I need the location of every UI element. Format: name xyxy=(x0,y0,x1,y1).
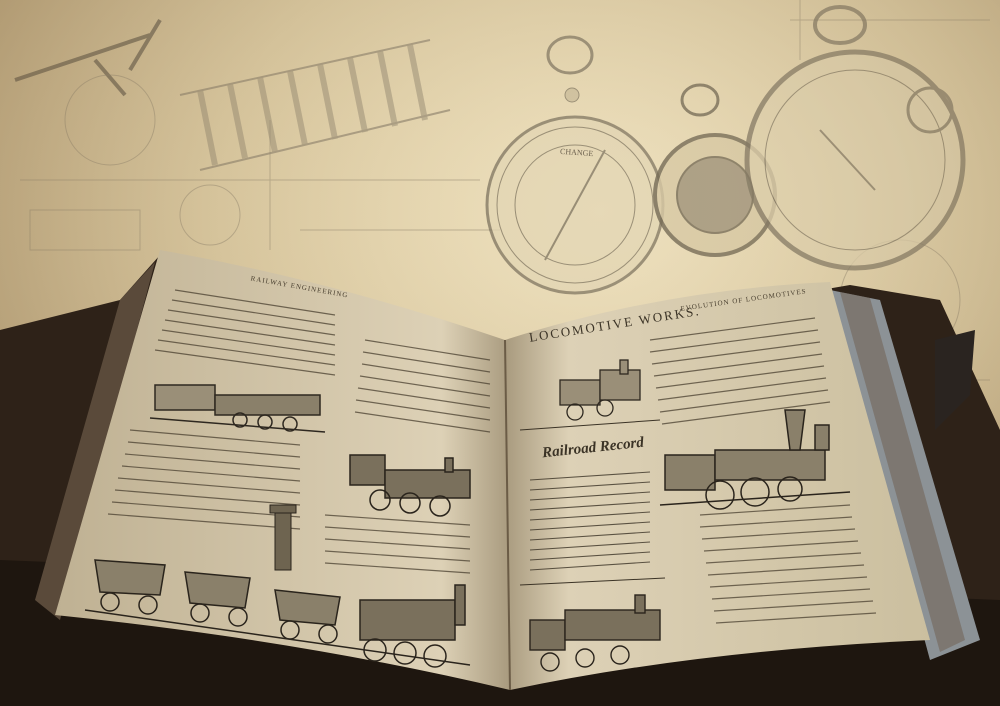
open-book xyxy=(0,0,1000,706)
scene: CHANGE RAILWAY ENGINEERING EVOLUTION OF … xyxy=(0,0,1000,706)
